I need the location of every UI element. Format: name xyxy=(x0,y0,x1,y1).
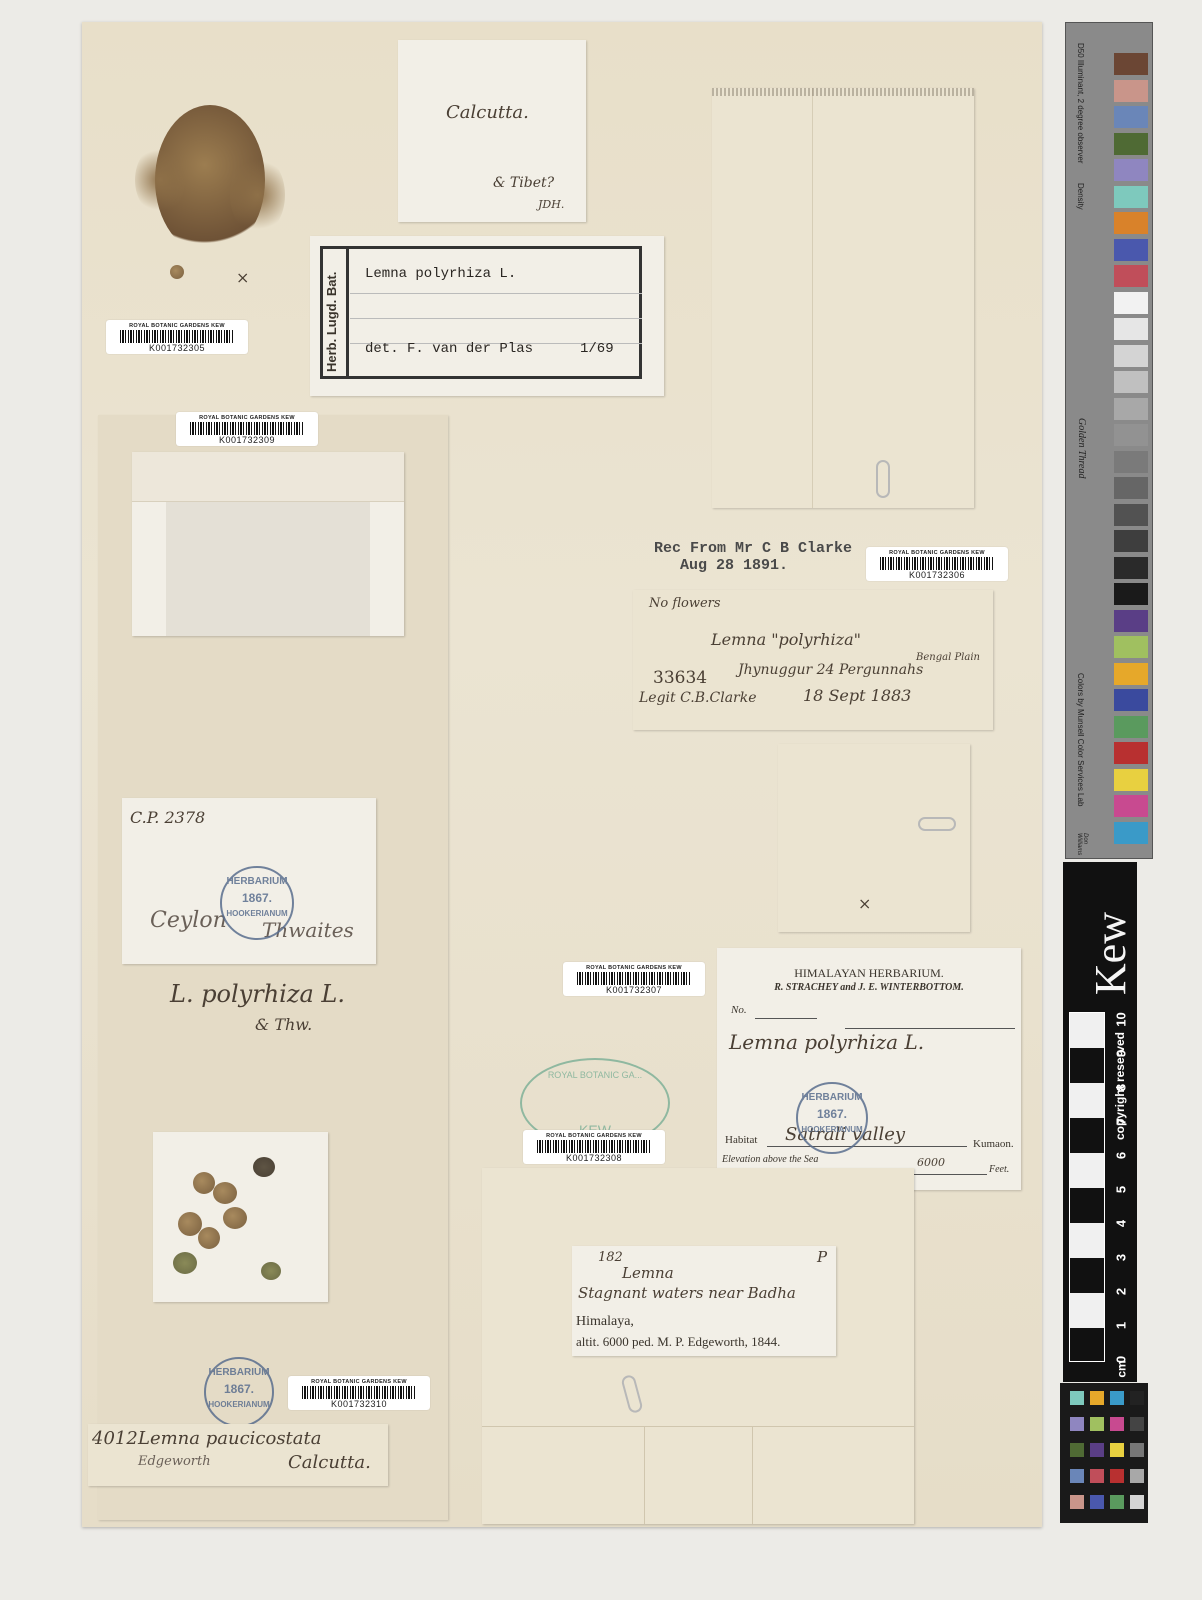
color-swatch xyxy=(1114,742,1148,764)
barcode-bars xyxy=(880,557,994,570)
color-patch xyxy=(1090,1391,1104,1405)
cm-tick-label: 10 xyxy=(1114,1008,1129,1032)
barcode-label: ROYAL BOTANIC GARDENS KEW K001732306 xyxy=(866,547,1008,581)
received-date: Aug 28 1891. xyxy=(680,557,788,574)
species-name: Lemna polyrhiza L. xyxy=(365,266,516,282)
clarke-label: No flowers Lemna "polyrhiza" Bengal Plai… xyxy=(633,590,993,730)
color-patch xyxy=(1090,1443,1104,1457)
color-patch xyxy=(1110,1443,1124,1457)
color-calibration-ruler: D50 Illuminant, 2 degree observer Densit… xyxy=(1065,22,1153,859)
determiner: det. F. van der Plas xyxy=(365,341,533,357)
cm-tick-label: 7 xyxy=(1114,1110,1129,1134)
color-swatch xyxy=(1114,636,1148,658)
color-patch xyxy=(1130,1417,1144,1431)
color-swatch xyxy=(1114,318,1148,340)
color-patch xyxy=(1130,1443,1144,1457)
color-swatch xyxy=(1114,345,1148,367)
barcode-bars xyxy=(190,422,304,435)
cm-tick-label: 5 xyxy=(1114,1178,1129,1202)
color-patch xyxy=(1110,1417,1124,1431)
cm-ruler xyxy=(1069,1012,1105,1362)
barcode-label: ROYAL BOTANIC GARDENS KEW K001732310 xyxy=(288,1376,430,1410)
color-swatch xyxy=(1114,663,1148,685)
cm-tick-label: 9 xyxy=(1114,1042,1129,1066)
herbarium-stamp: HERBARIUM 1867. HOOKERIANUM xyxy=(204,1357,274,1427)
barcode-bars xyxy=(537,1140,651,1153)
color-swatch xyxy=(1114,53,1148,75)
herbarium-name-vertical: Herb. Lugd. Bat. xyxy=(324,272,339,372)
color-patch xyxy=(1130,1391,1144,1405)
color-patch xyxy=(1110,1391,1124,1405)
herbarium-stamp: HERBARIUM 1867. HOOKERIANUM xyxy=(220,866,294,940)
barcode-label: ROYAL BOTANIC GARDENS KEW K001732305 xyxy=(106,320,248,354)
cm-tick-label: 2 xyxy=(1114,1280,1129,1304)
color-patch xyxy=(1070,1443,1084,1457)
himalayan-herbarium-label: HIMALAYAN HERBARIUM. R. STRACHEY and J. … xyxy=(717,948,1021,1190)
color-swatch xyxy=(1114,424,1148,446)
color-swatch xyxy=(1114,133,1148,155)
color-swatch xyxy=(1114,769,1148,791)
color-swatch xyxy=(1114,212,1148,234)
color-swatch xyxy=(1114,504,1148,526)
edgeworth-label: 182 P Lemna Stagnant waters near Badha H… xyxy=(572,1246,836,1356)
paperclip xyxy=(918,817,956,831)
cm-tick-label: 3 xyxy=(1114,1246,1129,1270)
color-swatch xyxy=(1114,610,1148,632)
cm-tick-label: 4 xyxy=(1114,1212,1129,1236)
envelope xyxy=(132,452,404,636)
color-swatch xyxy=(1114,292,1148,314)
color-patch xyxy=(1070,1417,1084,1431)
det-date: 1/69 xyxy=(580,341,614,357)
color-swatch xyxy=(1114,583,1148,605)
color-swatch xyxy=(1114,822,1148,844)
color-patch xyxy=(1070,1391,1084,1405)
color-swatch xyxy=(1114,557,1148,579)
color-swatch xyxy=(1114,689,1148,711)
herbarium-stamp: HERBARIUM 1867. HOOKERIANUM xyxy=(796,1082,868,1154)
color-swatch xyxy=(1114,451,1148,473)
barcode-label: ROYAL BOTANIC GARDENS KEW K001732308 xyxy=(523,1130,665,1164)
specimen-top-left xyxy=(135,85,290,290)
color-swatch xyxy=(1114,795,1148,817)
barcode-label: ROYAL BOTANIC GARDENS KEW K001732307 xyxy=(563,962,705,996)
color-swatch xyxy=(1114,477,1148,499)
color-swatch xyxy=(1114,186,1148,208)
color-swatch xyxy=(1114,398,1148,420)
color-checker-card xyxy=(1060,1383,1148,1523)
barcode-bars xyxy=(302,1386,416,1399)
color-patch xyxy=(1070,1495,1084,1509)
color-swatch xyxy=(1114,265,1148,287)
color-patch xyxy=(1130,1469,1144,1483)
barcode-bars xyxy=(577,972,691,985)
color-patch xyxy=(1090,1469,1104,1483)
folded-packet xyxy=(712,88,974,508)
calcutta-label: Calcutta. & Tibet? JDH. xyxy=(398,40,586,222)
cm-tick-labels: 012345678910 xyxy=(1109,1012,1133,1367)
color-patch xyxy=(1110,1469,1124,1483)
paperclip xyxy=(876,460,890,498)
color-patch xyxy=(1130,1495,1144,1509)
cm-tick-label: 6 xyxy=(1114,1144,1129,1168)
bottom-label: 4012 Lemna paucicostata Edgeworth Calcut… xyxy=(88,1424,388,1486)
color-swatch xyxy=(1114,80,1148,102)
color-swatch xyxy=(1114,159,1148,181)
color-swatch xyxy=(1114,530,1148,552)
color-patch xyxy=(1070,1469,1084,1483)
cm-tick-label: 1 xyxy=(1114,1314,1129,1338)
barcode-label: ROYAL BOTANIC GARDENS KEW K001732309 xyxy=(176,412,318,446)
cm-tick-label: 8 xyxy=(1114,1076,1129,1100)
determination-label: Herb. Lugd. Bat. Lemna polyrhiza L. det.… xyxy=(310,236,664,396)
color-swatch xyxy=(1114,716,1148,738)
ceylon-determination: L. polyrhiza L. xyxy=(170,980,345,1008)
color-patch xyxy=(1110,1495,1124,1509)
kew-scale-bar: Kew copyright reserved 012345678910 cm xyxy=(1063,862,1137,1382)
received-stamp: Rec From Mr C B Clarke xyxy=(654,540,852,557)
color-swatch xyxy=(1114,239,1148,261)
barcode-bars xyxy=(120,330,234,343)
color-swatch xyxy=(1114,371,1148,393)
small-packet: × xyxy=(778,744,970,932)
color-swatch xyxy=(1114,106,1148,128)
x-mark: × xyxy=(236,268,249,287)
specimen-mount xyxy=(153,1132,328,1302)
color-patch xyxy=(1090,1495,1104,1509)
color-patch xyxy=(1090,1417,1104,1431)
